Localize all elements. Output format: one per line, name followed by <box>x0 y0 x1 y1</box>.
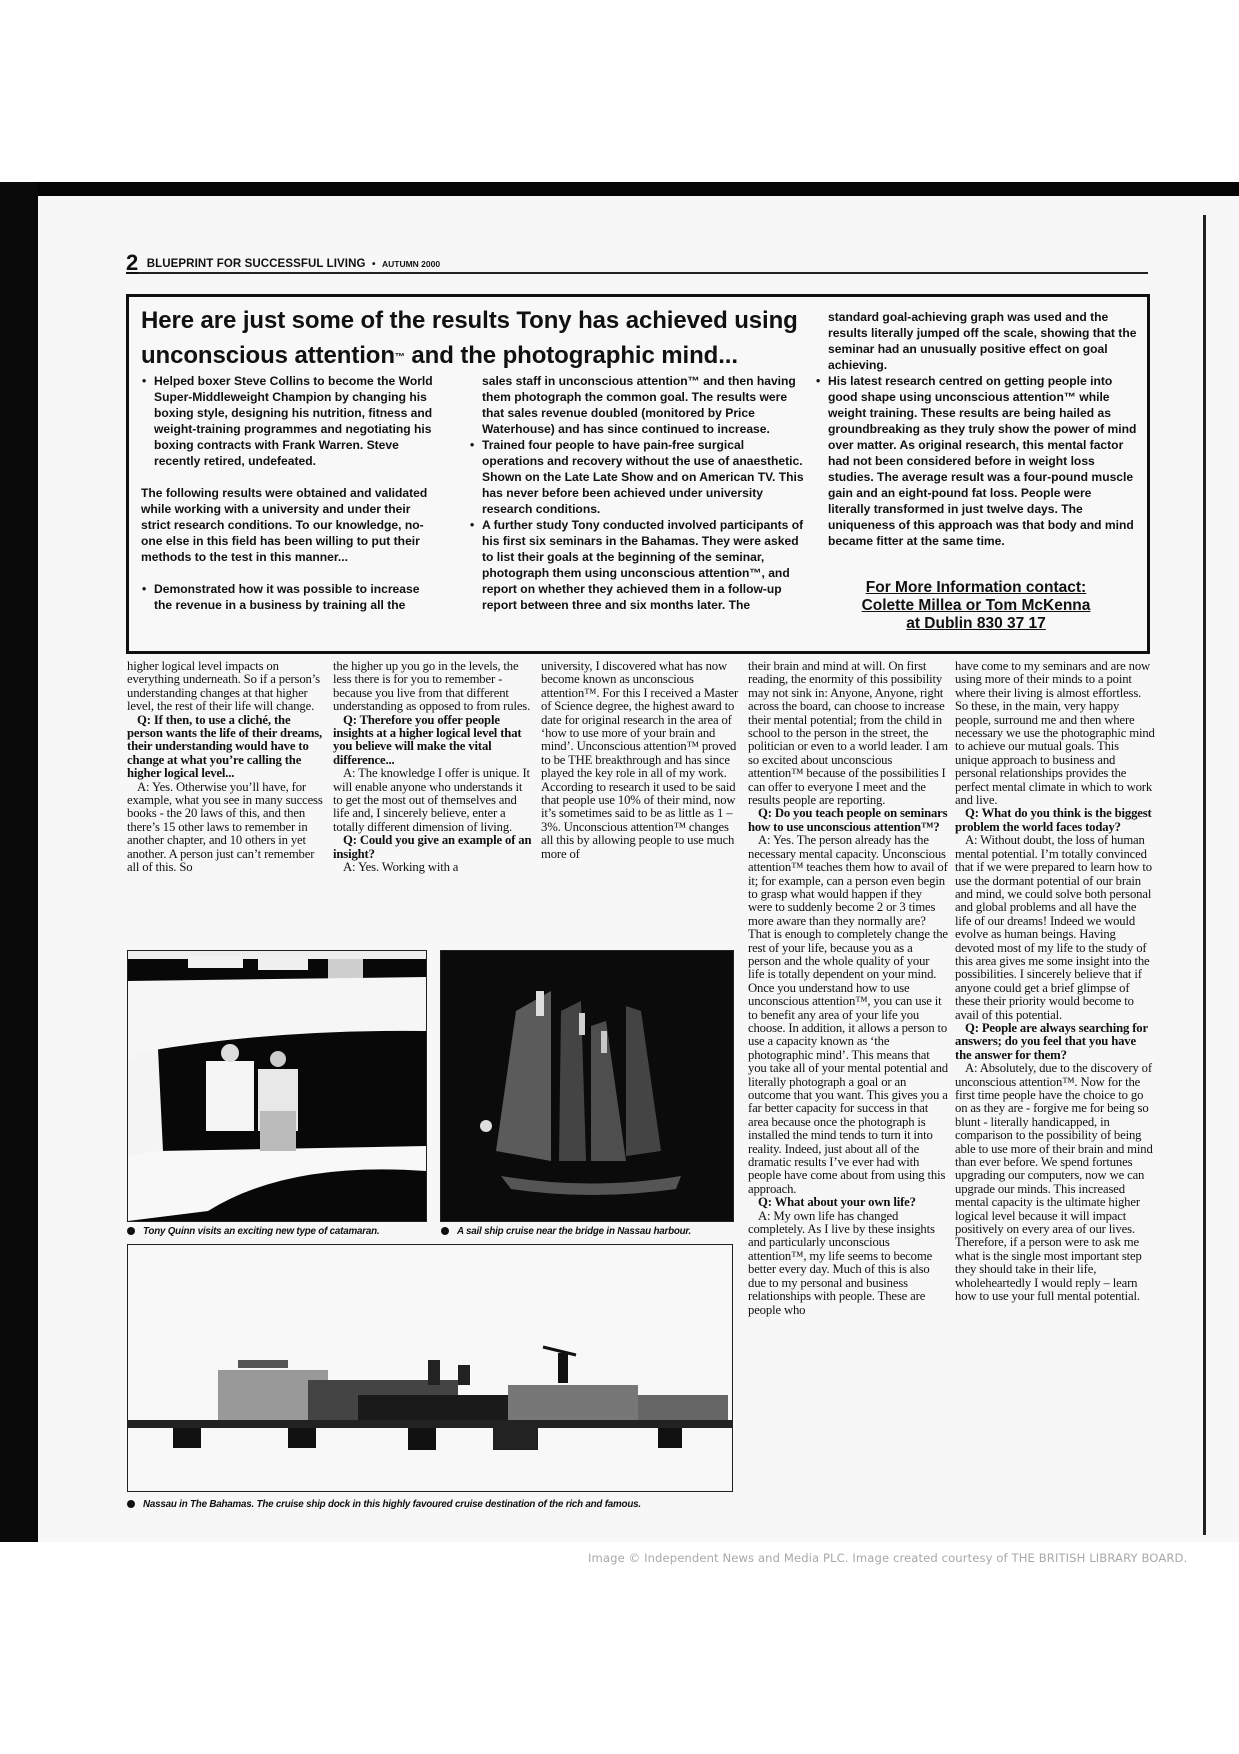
catamaran-image <box>128 951 426 1221</box>
bullet-dot-icon <box>127 1500 135 1508</box>
answer: A: Absolutely, due to the discovery of u… <box>955 1062 1155 1303</box>
headline-line-2: unconscious attention <box>141 342 395 369</box>
question: Q: Therefore you offer people insights a… <box>333 714 533 768</box>
article-column-5: have come to my seminars and are now usi… <box>955 660 1155 1304</box>
question: Q: What do you think is the biggest prob… <box>955 807 1155 834</box>
paragraph: university, I discovered what has now be… <box>541 660 741 861</box>
results-column-2: sales staff in unconscious attention™ an… <box>469 373 807 613</box>
contact-names: Colette Millea or Tom McKenna <box>815 597 1137 615</box>
paragraph: have come to my seminars and are now usi… <box>955 660 1155 807</box>
page-header: 2 BLUEPRINT FOR SUCCESSFUL LIVING • AUTU… <box>126 254 1148 274</box>
question: Q: Could you give an example of an insig… <box>333 834 533 861</box>
publication-title: BLUEPRINT FOR SUCCESSFUL LIVING <box>147 258 366 270</box>
results-box: Here are just some of the results Tony h… <box>126 294 1150 654</box>
page-fold-line <box>1203 215 1206 1535</box>
result-bullet-bahamas-cont: standard goal-achieving graph was used a… <box>815 309 1137 373</box>
cruise-ships-image <box>128 1245 732 1491</box>
question: Q: People are always searching for answe… <box>955 1022 1155 1062</box>
catamaran-caption: Tony Quinn visits an exciting new type o… <box>127 1226 379 1238</box>
paragraph: their brain and mind at will. On first r… <box>748 660 948 807</box>
question: Q: Do you teach people on seminars how t… <box>748 807 948 834</box>
headline-line-2-end: and the photographic mind... <box>405 342 738 369</box>
result-bullet-revenue-cont: sales staff in unconscious attention™ an… <box>469 373 807 437</box>
question: Q: What about your own life? <box>748 1196 948 1209</box>
result-bullet-bahamas-study: A further study Tony conducted involved … <box>469 517 807 613</box>
article-column-1: higher logical level impacts on everythi… <box>127 660 327 875</box>
article-column-3: university, I discovered what has now be… <box>541 660 741 861</box>
question: Q: If then, to use a cliché, the person … <box>127 714 327 781</box>
sail-ship-image <box>441 951 733 1221</box>
bullet-dot-icon <box>127 1227 135 1235</box>
article-column-2: the higher up you go in the levels, the … <box>333 660 533 875</box>
headline-line-1: Here are just some of the results Tony h… <box>141 307 798 334</box>
results-intro: The following results were obtained and … <box>141 485 437 565</box>
results-headline: Here are just some of the results Tony h… <box>141 303 831 373</box>
answer: A: Yes. The person already has the neces… <box>748 834 948 1196</box>
result-bullet-revenue: Demonstrated how it was possible to incr… <box>141 581 437 613</box>
contact-heading: For More Information contact: <box>815 579 1137 597</box>
answer: A: My own life has changed completely. A… <box>748 1210 948 1317</box>
answer: A: Yes. Otherwise you’ll have, for examp… <box>127 781 327 875</box>
sail-ship-photo <box>440 950 734 1222</box>
paragraph: the higher up you go in the levels, the … <box>333 660 533 714</box>
sail-ship-caption: A sail ship cruise near the bridge in Na… <box>441 1226 691 1238</box>
article-column-4: their brain and mind at will. On first r… <box>748 660 948 1317</box>
answer: A: Yes. Working with a <box>333 861 533 874</box>
result-bullet-weight-training: His latest research centred on getting p… <box>815 373 1137 549</box>
result-bullet-steve-collins: Helped boxer Steve Collins to become the… <box>141 373 437 469</box>
contact-info: For More Information contact: Colette Mi… <box>815 579 1137 633</box>
trademark-symbol: ™ <box>395 352 405 363</box>
image-credit: Image © Independent News and Media PLC. … <box>588 1551 1187 1565</box>
answer: A: The knowledge I offer is unique. It w… <box>333 767 533 834</box>
results-column-3: standard goal-achieving graph was used a… <box>815 309 1137 549</box>
nassau-cruise-dock-photo <box>127 1244 733 1492</box>
result-bullet-surgery: Trained four people to have pain-free su… <box>469 437 807 517</box>
results-column-1: Helped boxer Steve Collins to become the… <box>141 373 437 613</box>
issue-date: AUTUMN 2000 <box>382 259 440 269</box>
contact-phone: at Dublin 830 37 17 <box>815 615 1137 633</box>
header-separator: • <box>372 259 376 270</box>
scan-left-border <box>0 182 38 1542</box>
catamaran-photo <box>127 950 427 1222</box>
page-number: 2 <box>126 250 138 275</box>
paragraph: higher logical level impacts on everythi… <box>127 660 327 714</box>
scan-top-border <box>0 182 1239 196</box>
bullet-dot-icon <box>441 1227 449 1235</box>
nassau-caption: Nassau in The Bahamas. The cruise ship d… <box>127 1499 641 1511</box>
answer: A: Without doubt, the loss of human ment… <box>955 834 1155 1022</box>
